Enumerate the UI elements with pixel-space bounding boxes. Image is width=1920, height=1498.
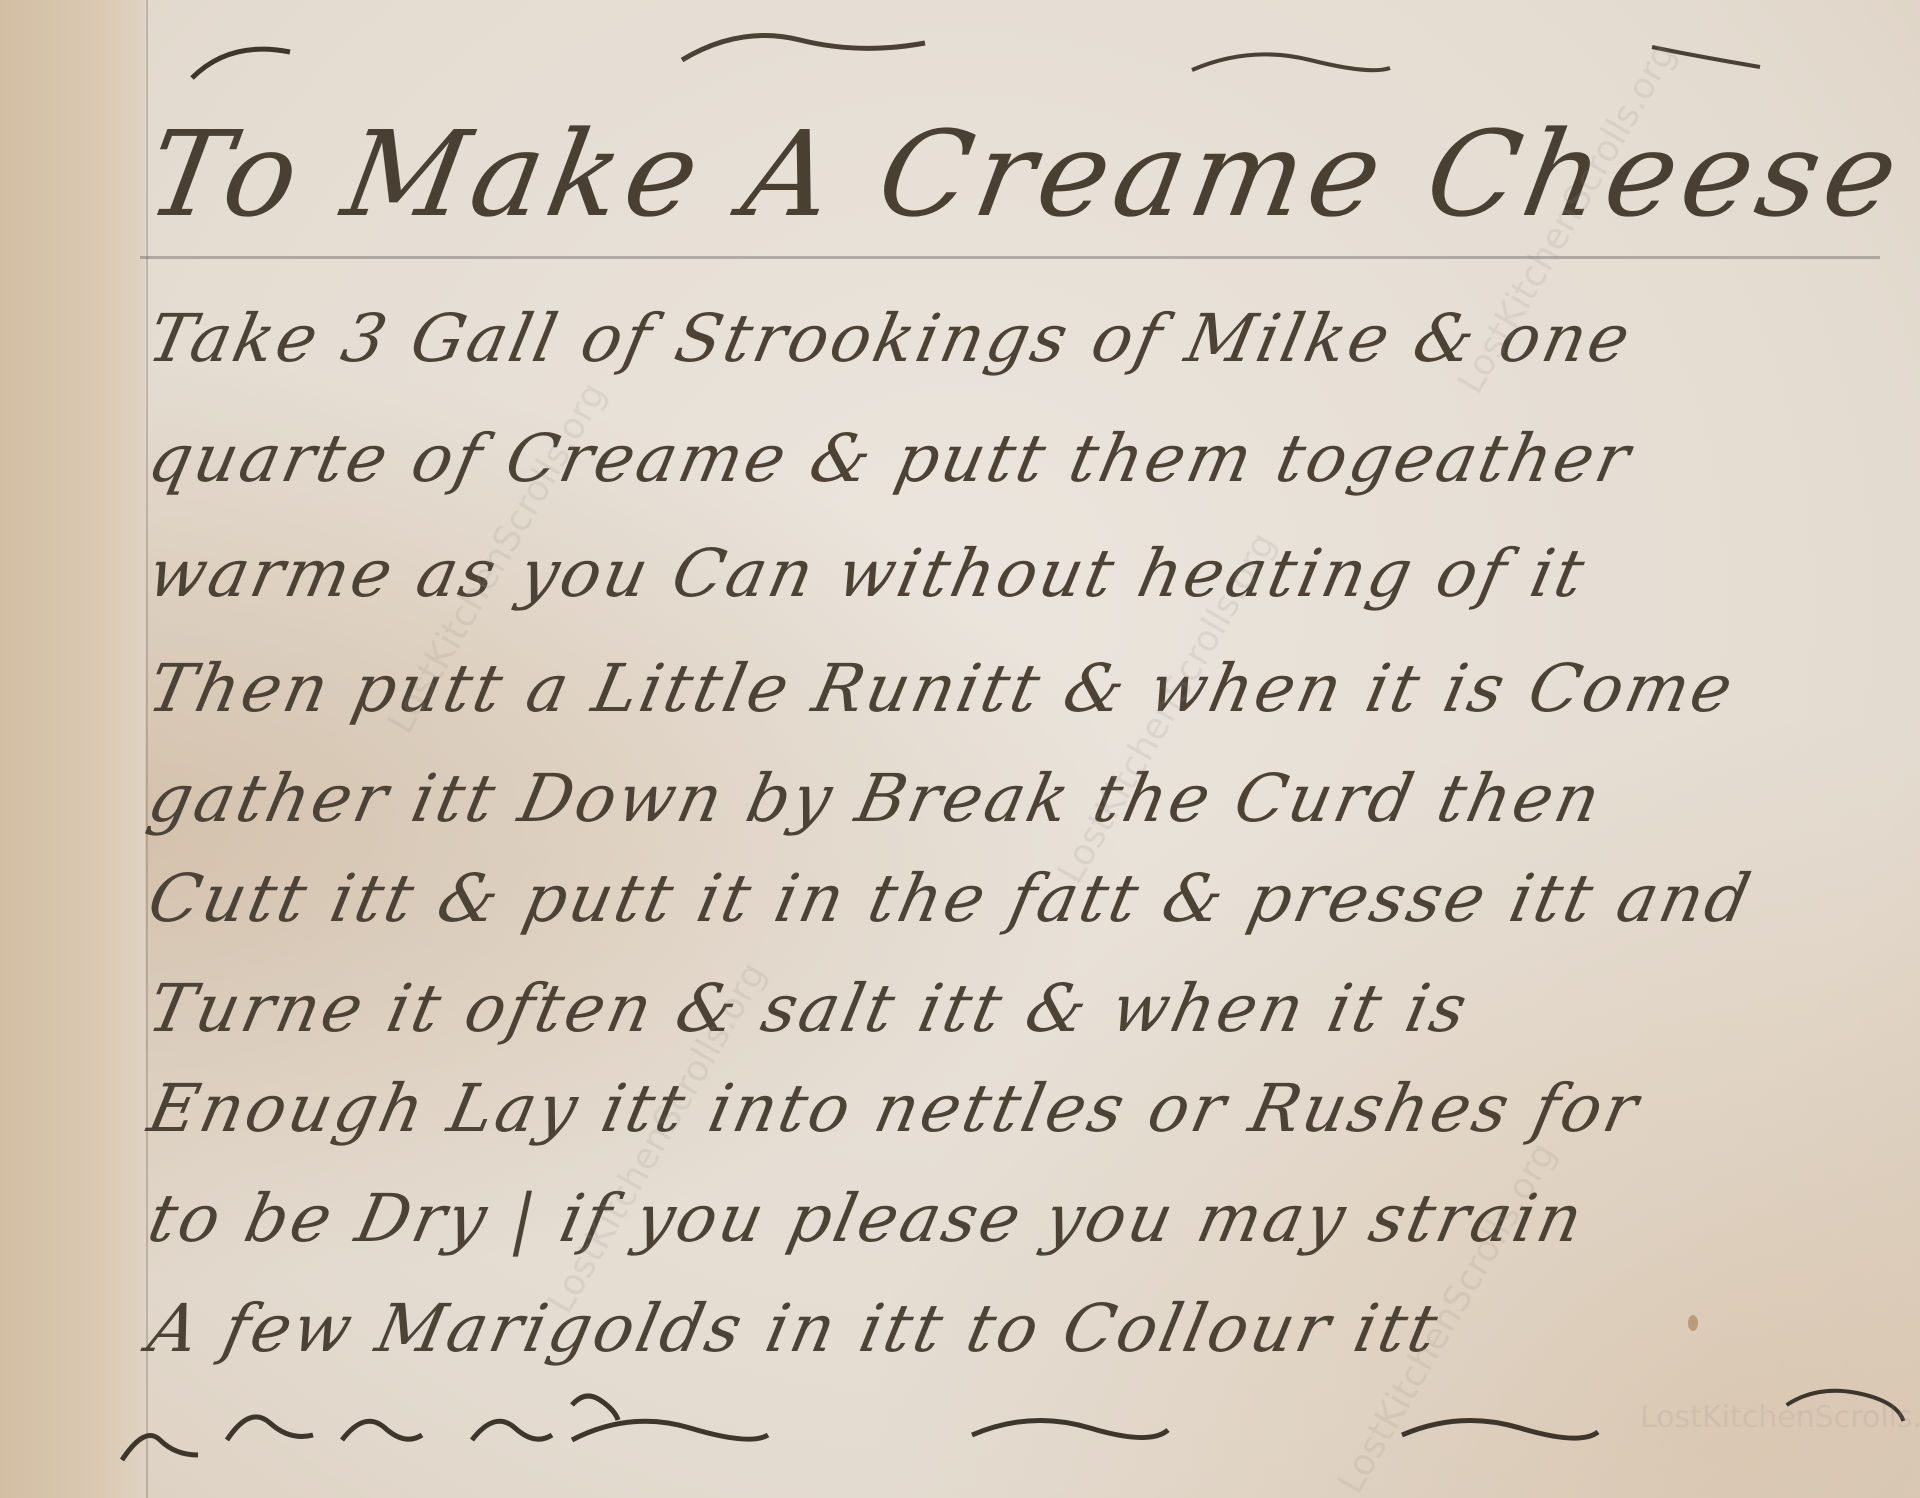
top-flourish [190,40,330,80]
bottom-flourish [570,1410,770,1450]
watermark: LostKitchenScrolls.org [1640,1400,1920,1435]
bottom-flourish [225,1405,315,1445]
bottom-flourish [470,1410,555,1450]
top-flourish [680,25,930,65]
bottom-flourish [120,1425,200,1465]
manuscript-line: Cutt itt & putt it in the fatt & presse … [142,860,1760,937]
manuscript-line: Turne it often & salt itt & when it is [142,970,1476,1047]
bottom-flourish [1400,1410,1600,1450]
bottom-flourish [970,1410,1170,1450]
manuscript-line: A few Marigolds in itt to Collour itt [142,1290,1447,1367]
manuscript-line: Take 3 Gall of Strookings of Milke & one [142,300,1639,377]
manuscript-line: Enough Lay itt into nettles or Rushes fo… [142,1070,1648,1147]
manuscript-line: gather itt Down by Break the Curd then [142,760,1610,837]
manuscript-line: quarte of Creame & putt them togeather [142,420,1640,497]
manuscript-line: to be Dry | if you please you may strain [142,1180,1592,1257]
ink-stain [1688,1315,1698,1331]
recipe-title: To Make A Creame Cheese [138,105,1914,243]
manuscript-line: warme as you Can without heating of it [142,535,1594,612]
page-left-margin [0,0,145,1498]
manuscript-page: To Make A Creame Cheese Take 3 Gall of S… [0,0,1920,1498]
top-flourish [1190,45,1390,85]
bottom-flourish [340,1410,425,1450]
title-underline-rule [140,256,1880,259]
